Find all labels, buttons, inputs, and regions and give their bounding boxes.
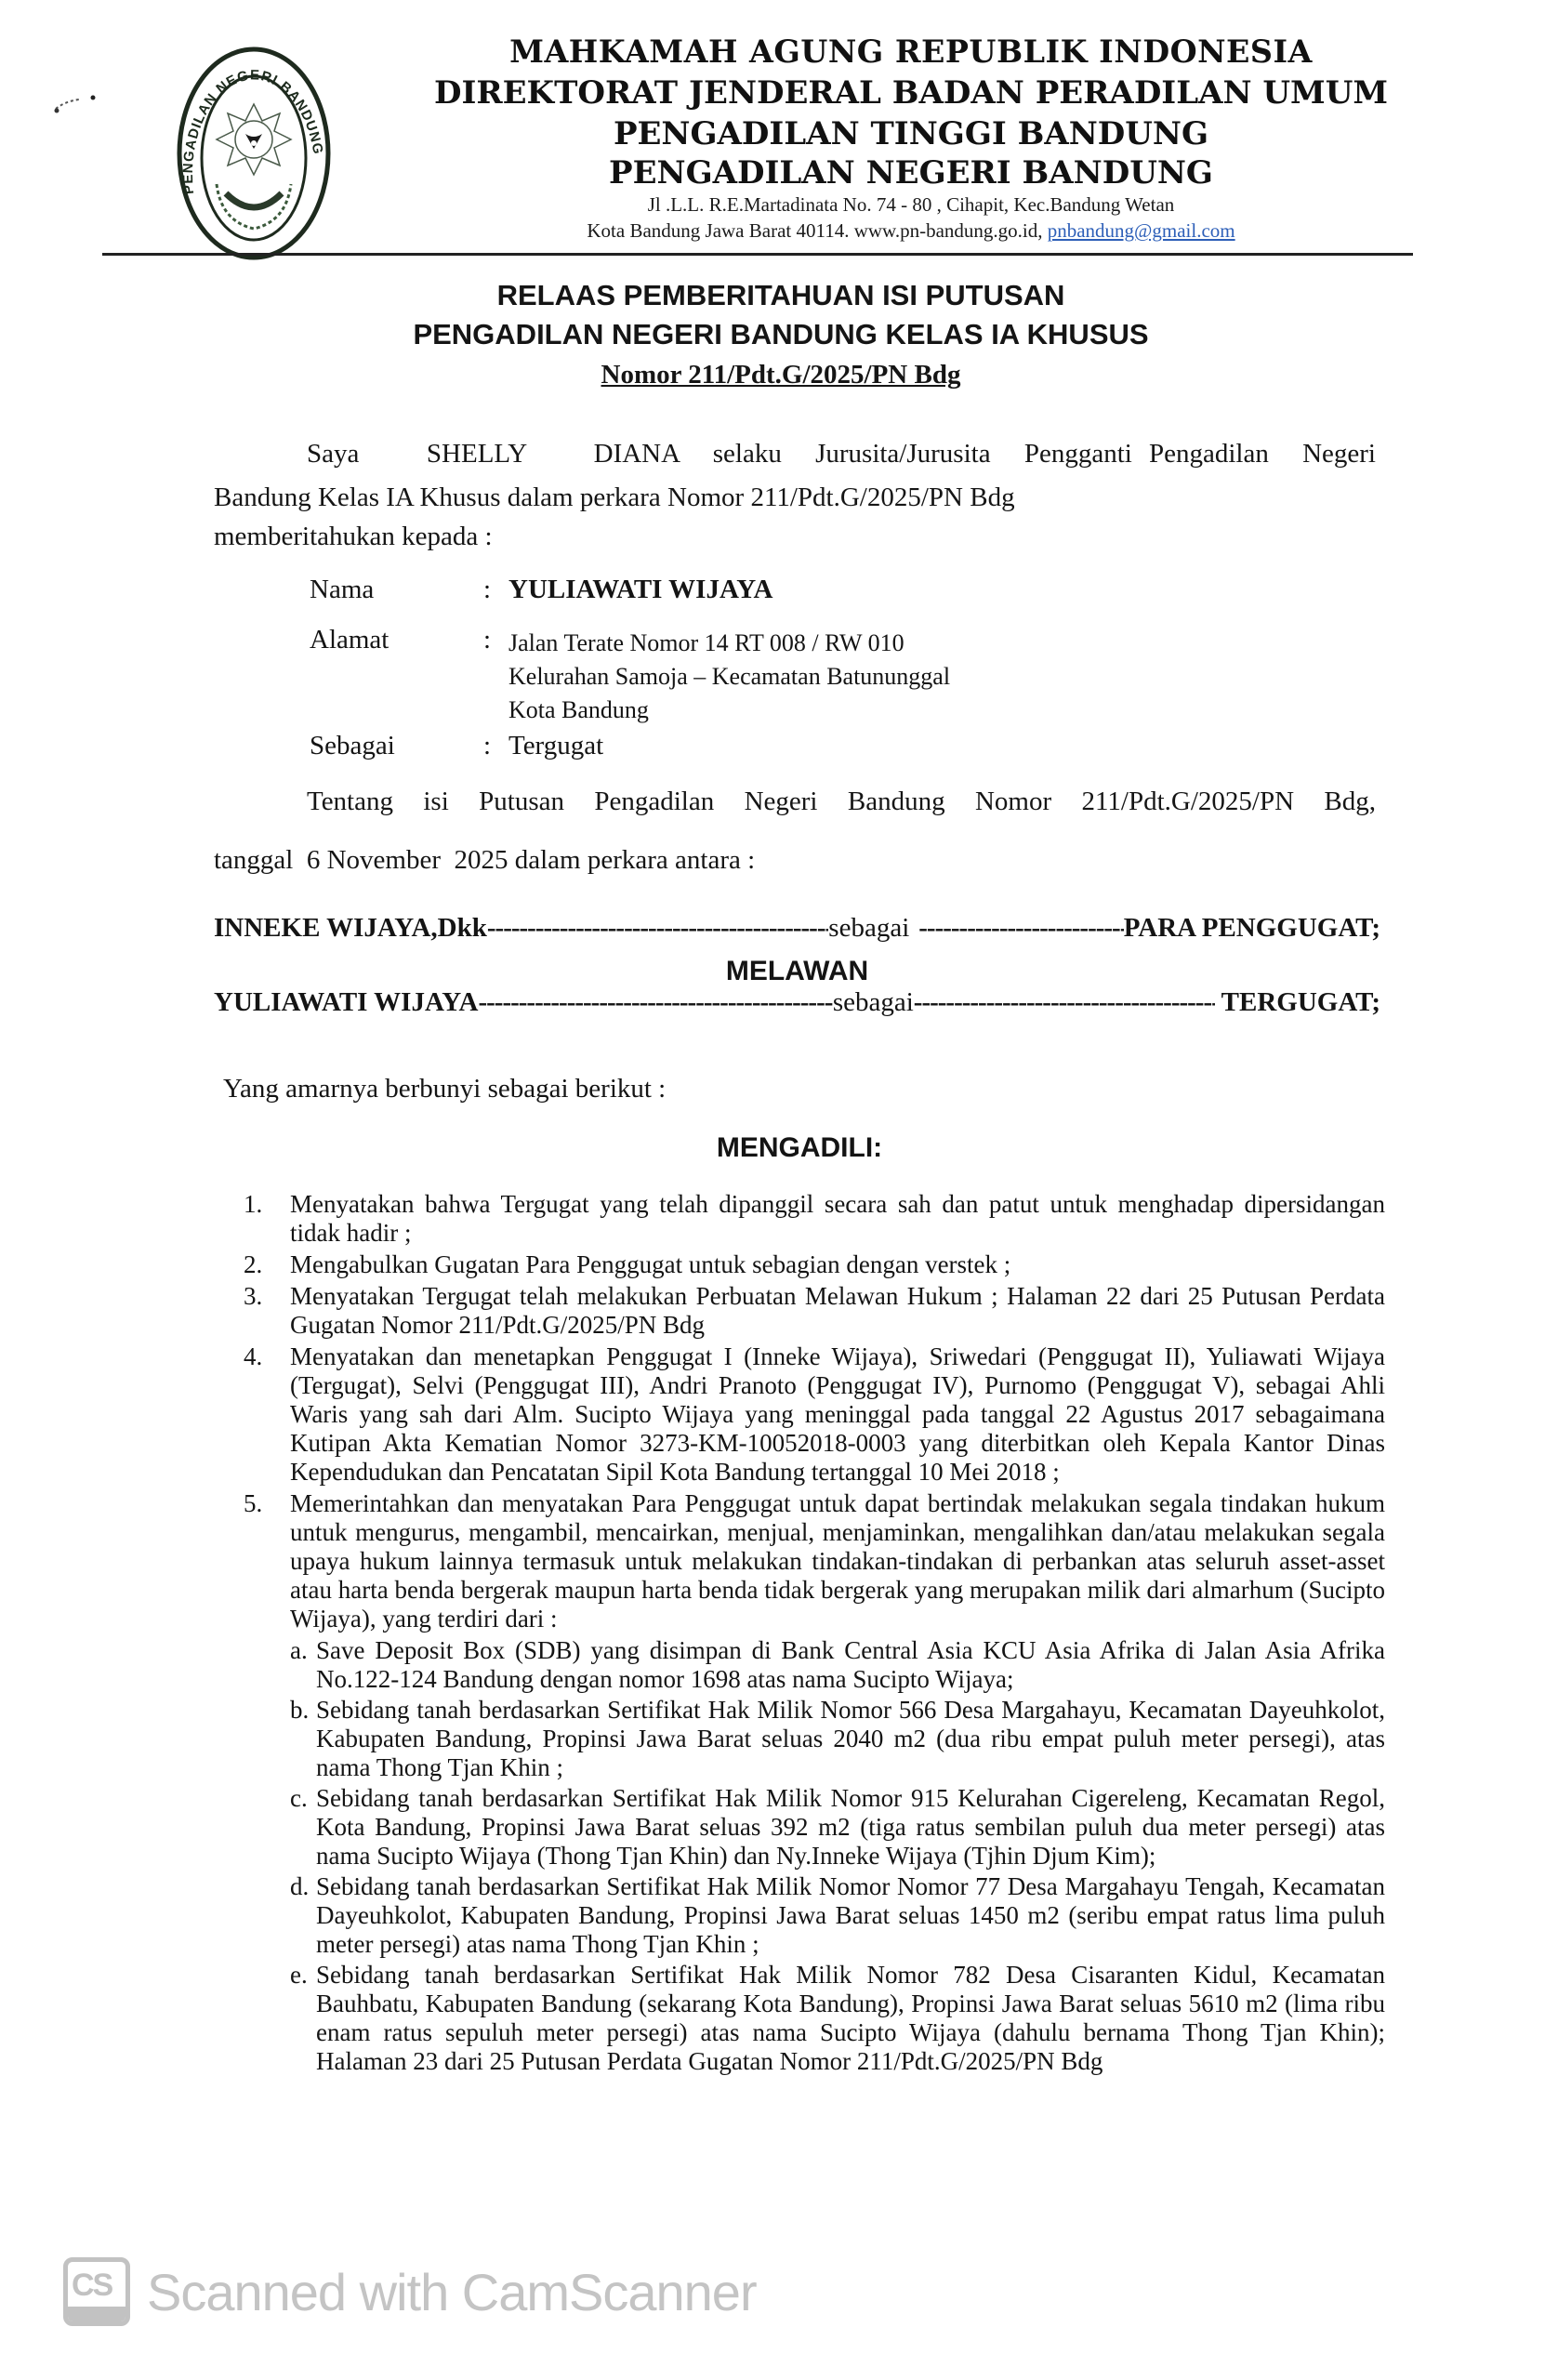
letterhead-directorate: DIREKTORAT JENDERAL BADAN PERADILAN UMUM (353, 74, 1469, 112)
dash-leader: ----------------------------------------… (478, 987, 832, 1018)
letterhead-divider (102, 253, 1413, 256)
letterhead-address-line2: Kota Bandung Jawa Barat 40114. www.pn-ba… (353, 219, 1469, 243)
asset-text: Sebidang tanah berdasarkan Sertifikat Ha… (316, 1784, 1385, 1871)
asset-text: Sebidang tanah berdasarkan Sertifikat Ha… (316, 1696, 1385, 1782)
camscanner-badge: CS (72, 2268, 112, 2304)
asset-text: Sebidang tanah berdasarkan Sertifikat Ha… (316, 1872, 1385, 1959)
item-number: 4. (223, 1342, 290, 1487)
dash-leader: ----------------------------------------… (914, 987, 1215, 1018)
asset-item: a. Save Deposit Box (SDB) yang disimpan … (290, 1636, 1385, 1694)
recipient-name: YULIAWATI WIJAYA (508, 575, 772, 605)
address-line: Kota Bandung (508, 694, 950, 727)
camscanner-text: Scanned with CamScanner (147, 2262, 757, 2322)
item-text: Menyatakan Tergugat telah melakukan Perb… (290, 1282, 1385, 1340)
recipient-address: Jalan Terate Nomor 14 RT 008 / RW 010 Ke… (508, 627, 950, 727)
asset-list: a. Save Deposit Box (SDB) yang disimpan … (290, 1636, 1385, 2076)
role-label: Sebagai (310, 731, 395, 761)
asset-item: e. Sebidang tanah berdasarkan Sertifikat… (290, 1961, 1385, 2076)
versus-label: MELAWAN (214, 956, 1380, 987)
plaintiff-role: PARA PENGGUGAT; (1124, 913, 1380, 944)
document-title: RELAAS PEMBERITAHUAN ISI PUTUSAN (242, 279, 1320, 312)
address-line: Kelurahan Samoja – Kecamatan Batununggal (508, 660, 950, 694)
item-number: 1. (223, 1190, 290, 1248)
as-word: sebagai (833, 987, 914, 1018)
recipient-role: Tergugat (508, 731, 603, 761)
verdict-item: 1. Menyatakan bahwa Tergugat yang telah … (223, 1190, 1385, 1248)
asset-letter: e. (290, 1961, 316, 2076)
item-number: 5. (223, 1489, 290, 1633)
address-line: Jalan Terate Nomor 14 RT 008 / RW 010 (508, 627, 950, 660)
address-colon: : (483, 625, 491, 655)
asset-text: Sebidang tanah berdasarkan Sertifikat Ha… (316, 1961, 1385, 2076)
defendant-name: YULIAWATI WIJAYA (214, 987, 478, 1018)
item-text: Menyatakan bahwa Tergugat yang telah dip… (290, 1190, 1385, 1248)
verdict-heading: MENGADILI: (214, 1132, 1385, 1164)
asset-letter: c. (290, 1784, 316, 1871)
item-text: Mengabulkan Gugatan Para Penggugat untuk… (290, 1250, 1385, 1279)
plaintiff-name: INNEKE WIJAYA,Dkk (214, 913, 487, 944)
role-colon: : (483, 731, 491, 761)
amar-intro: Yang amarnya berbunyi sebagai berikut : (223, 1074, 666, 1104)
defendant-row: YULIAWATI WIJAYA -----------------------… (214, 987, 1380, 1018)
address-website: Kota Bandung Jawa Barat 40114. www.pn-ba… (587, 219, 1042, 242)
name-colon: : (483, 575, 491, 605)
document-subtitle: PENGADILAN NEGERI BANDUNG KELAS IA KHUSU… (242, 318, 1320, 351)
putusan-line-2: tanggal 6 November 2025 dalam perkara an… (214, 841, 957, 879)
asset-letter: d. (290, 1872, 316, 1959)
intro-line-1: Saya SHELLY DIANA selaku Jurusita/Jurusi… (307, 435, 1376, 472)
address-label: Alamat (310, 625, 389, 655)
intro-line-3: memberitahukan kepada : (214, 518, 957, 555)
camscanner-watermark: CS Scanned with CamScanner (63, 2257, 757, 2326)
item-text: Memerintahkan dan menyatakan Para Penggu… (290, 1489, 1385, 1633)
scan-speck-mark (51, 88, 116, 116)
putusan-line-1: Tentang isi Putusan Pengadilan Negeri Ba… (307, 783, 1376, 820)
defendant-role: TERGUGAT; (1215, 987, 1380, 1018)
dash-leader: ----------------------------------------… (487, 913, 828, 944)
asset-letter: a. (290, 1636, 316, 1694)
intro-line-2: Bandung Kelas IA Khusus dalam perkara No… (214, 479, 1143, 516)
letterhead-address-line1: Jl .L.L. R.E.Martadinata No. 74 - 80 , C… (353, 193, 1469, 217)
letterhead-high-court: PENGADILAN TINGGI BANDUNG (353, 115, 1469, 152)
letterhead-district-court: PENGADILAN NEGERI BANDUNG (353, 154, 1469, 192)
asset-letter: b. (290, 1696, 316, 1782)
asset-text: Save Deposit Box (SDB) yang disimpan di … (316, 1636, 1385, 1694)
letterhead-supreme-court: MAHKAMAH AGUNG REPUBLIK INDONESIA (364, 33, 1458, 71)
email-link[interactable]: pnbandung@gmail.com (1048, 219, 1235, 242)
item-number: 3. (223, 1282, 290, 1340)
verdict-item: 2. Mengabulkan Gugatan Para Penggugat un… (223, 1250, 1385, 1279)
asset-item: b. Sebidang tanah berdasarkan Sertifikat… (290, 1696, 1385, 1782)
plaintiff-row: INNEKE WIJAYA,Dkk ----------------------… (214, 913, 1380, 944)
item-number: 2. (223, 1250, 290, 1279)
case-number: Nomor 211/Pdt.G/2025/PN Bdg (242, 360, 1320, 390)
asset-item: c. Sebidang tanah berdasarkan Sertifikat… (290, 1784, 1385, 1871)
asset-item: d. Sebidang tanah berdasarkan Sertifikat… (290, 1872, 1385, 1959)
camscanner-logo-icon: CS (63, 2257, 130, 2326)
name-label: Nama (310, 575, 374, 605)
badge-bar (68, 2307, 125, 2321)
item-text: Menyatakan dan menetapkan Penggugat I (I… (290, 1342, 1385, 1487)
verdict-item: 5. Memerintahkan dan menyatakan Para Pen… (223, 1489, 1385, 1633)
dash-leader: ----------------------------------------… (918, 913, 1123, 944)
as-word: sebagai (828, 913, 909, 944)
verdict-item: 3. Menyatakan Tergugat telah melakukan P… (223, 1282, 1385, 1340)
verdict-list: 1. Menyatakan bahwa Tergugat yang telah … (223, 1190, 1385, 2076)
verdict-item: 4. Menyatakan dan menetapkan Penggugat I… (223, 1342, 1385, 1487)
court-seal-logo: PENGADILAN NEGERI BANDUNG (175, 45, 333, 263)
